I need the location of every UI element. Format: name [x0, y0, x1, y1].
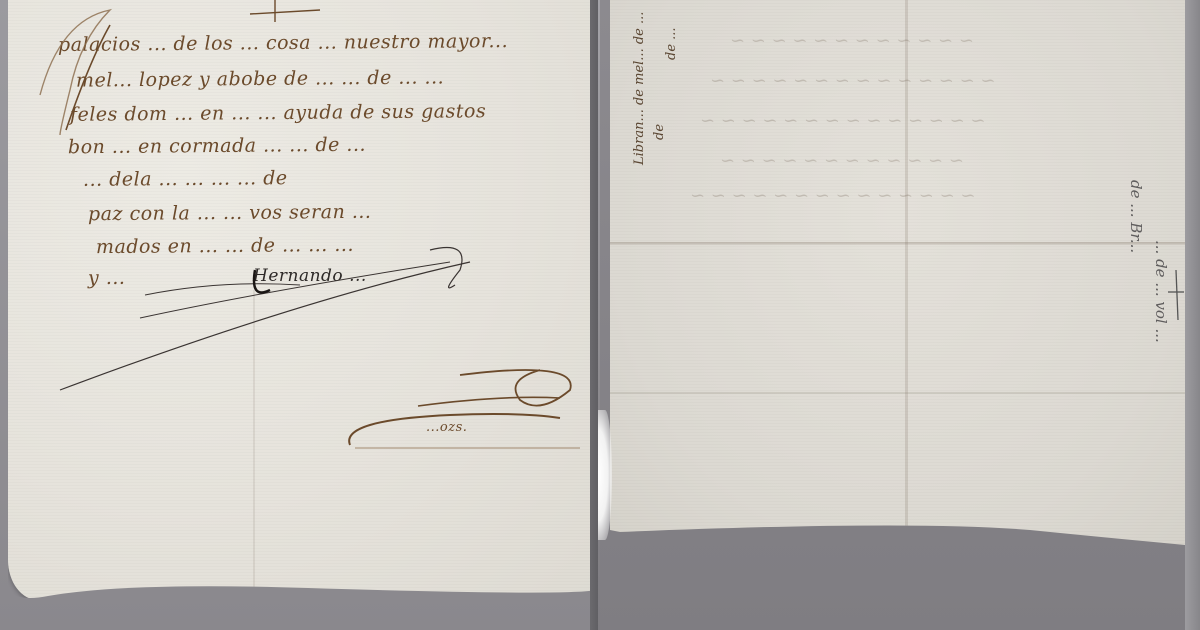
docket-note-3: de ...: [664, 27, 679, 60]
rubric-label: ...ozs.: [426, 420, 467, 435]
bleed-through-text: ~ ~ ~ ~ ~ ~ ~ ~ ~ ~ ~ ~ ~ ~: [710, 70, 996, 91]
manuscript-line-1: palacios ... de los ... cosa ... nuestro…: [58, 30, 508, 56]
fold-crease-horizontal-2: [610, 392, 1185, 394]
manuscript-line-2: mel... lopez y abobe de ... ... de ... .…: [76, 66, 444, 91]
verso-panel: ~ ~ ~ ~ ~ ~ ~ ~ ~ ~ ~ ~ ~ ~ ~ ~ ~ ~ ~ ~ …: [600, 0, 1200, 630]
manuscript-line-3: feles dom ... en ... ... ayuda de sus ga…: [70, 100, 486, 126]
mount-edge: [1185, 0, 1200, 630]
recto-sheet: palacios ... de los ... cosa ... nuestro…: [8, 0, 596, 600]
bleed-through-text: ~ ~ ~ ~ ~ ~ ~ ~ ~ ~ ~ ~: [720, 150, 964, 171]
recto-panel: palacios ... de los ... cosa ... nuestro…: [0, 0, 598, 630]
fold-crease: [253, 290, 255, 590]
fold-crease-horizontal: [610, 242, 1185, 245]
manuscript-line-8: y ...: [88, 267, 126, 289]
light-glare: [598, 410, 612, 540]
manuscript-line-6: paz con la ... ... vos seran ...: [88, 201, 372, 225]
manuscript-line-4: bon ... en cormada ... ... de ...: [68, 134, 366, 159]
manuscript-line-5: ... dela ... ... ... ... de: [83, 167, 288, 191]
docket-note-2: de: [652, 124, 667, 140]
docket-note: Libran... de mel... de ...: [632, 12, 647, 165]
verso-sheet: ~ ~ ~ ~ ~ ~ ~ ~ ~ ~ ~ ~ ~ ~ ~ ~ ~ ~ ~ ~ …: [610, 0, 1185, 550]
archival-pencil-note: ... de ... vol ...: [1152, 240, 1170, 343]
signature-name: Hernando ...: [253, 266, 367, 286]
bleed-through-text: ~ ~ ~ ~ ~ ~ ~ ~ ~ ~ ~ ~ ~ ~: [700, 110, 986, 131]
page-gutter: [590, 0, 598, 630]
archival-pencil-note-2: de ... Br...: [1127, 180, 1145, 253]
manuscript-photo: palacios ... de los ... cosa ... nuestro…: [0, 0, 1200, 630]
manuscript-line-7: mados en ... ... de ... ... ...: [96, 234, 354, 258]
bleed-through-text: ~ ~ ~ ~ ~ ~ ~ ~ ~ ~ ~ ~ ~ ~: [690, 185, 976, 206]
bleed-through-text: ~ ~ ~ ~ ~ ~ ~ ~ ~ ~ ~ ~: [730, 30, 974, 51]
